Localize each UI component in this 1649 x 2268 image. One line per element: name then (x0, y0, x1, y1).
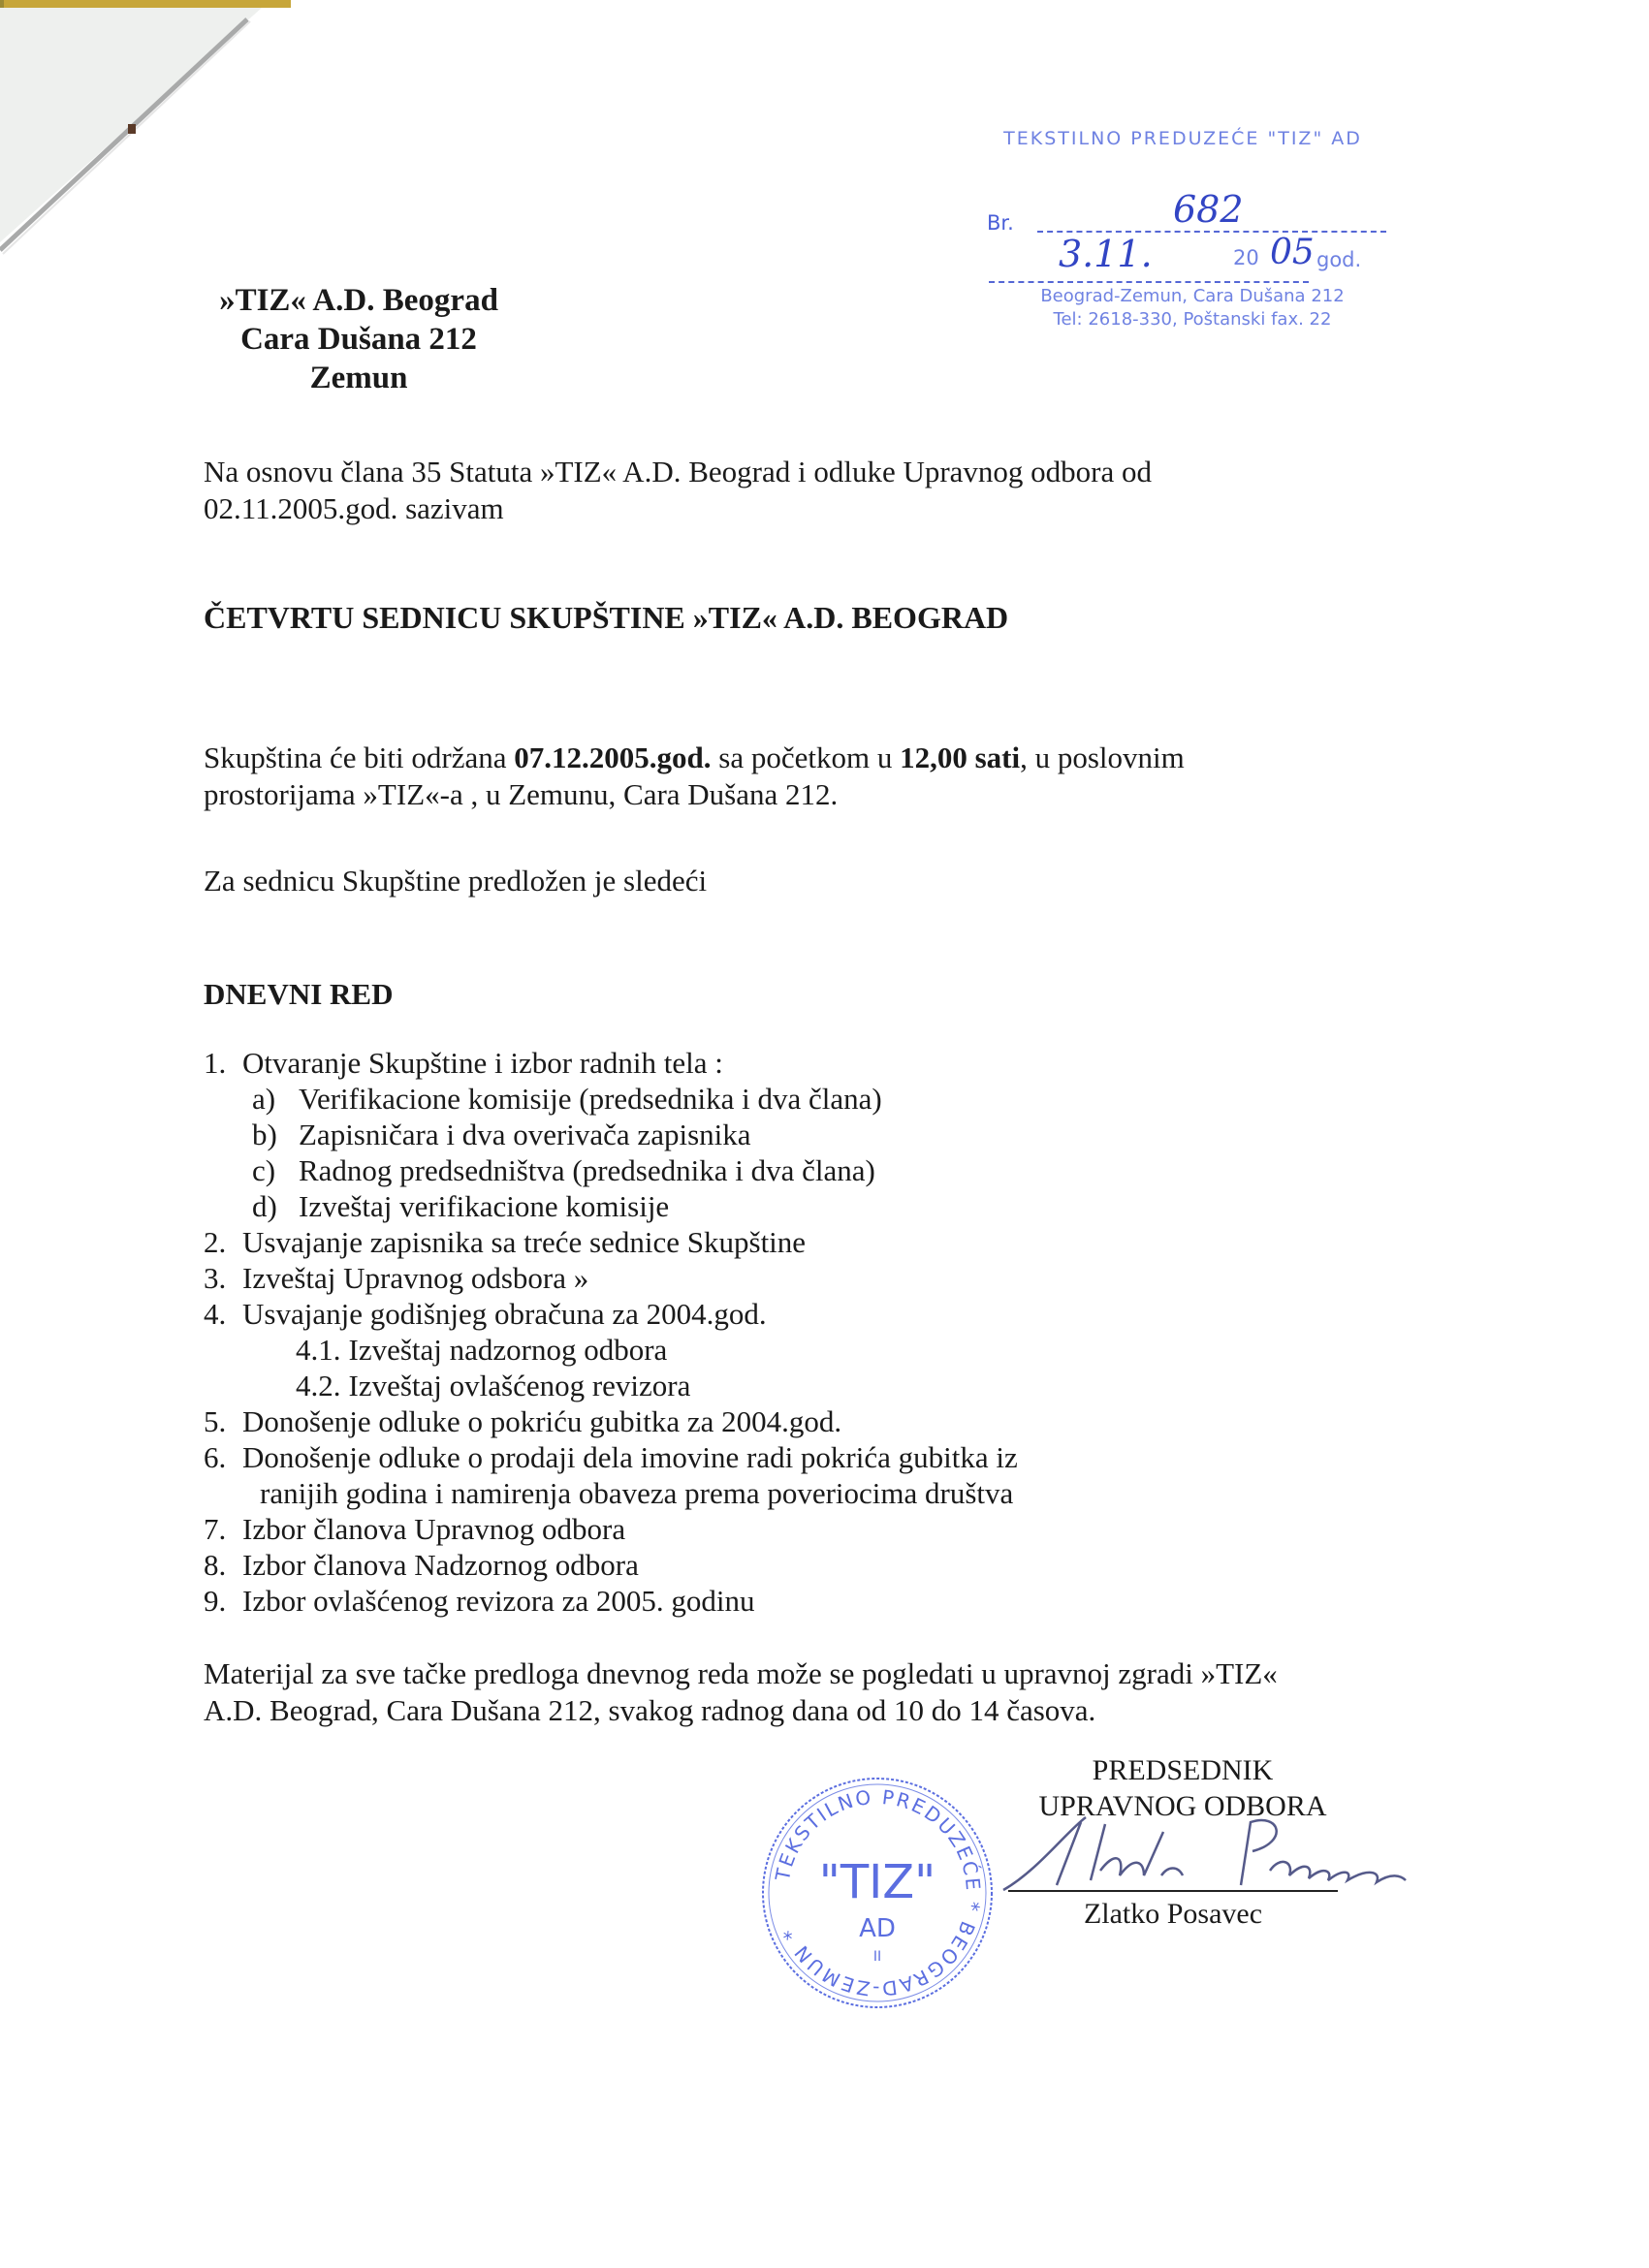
intro-line: Na osnovu člana 35 Statuta »TIZ« A.D. Be… (204, 454, 1152, 490)
handwritten-signature (999, 1812, 1415, 1900)
sender-city: Zemun (145, 359, 572, 397)
agenda-item: 4.2.Izveštaj ovlašćenog revizora (204, 1368, 1018, 1403)
agenda-item-text: Izveštaj verifikacione komisije (299, 1189, 669, 1223)
stamp-address: Beograd-Zemun, Cara Dušana 212 Tel: 2618… (999, 285, 1386, 331)
agenda-item: c)Radnog predsedništva (predsednika i dv… (204, 1152, 1018, 1188)
company-seal: TEKSTILNO PREDUZEĆE * BEOGRAD-ZEMUN * "T… (756, 1772, 999, 2014)
agenda-item-text: Zapisničara i dva overivača zapisnika (299, 1118, 751, 1151)
meeting-text: , u poslovnim (1020, 740, 1185, 774)
meeting-location: prostorijama »TIZ«-a , u Zemunu, Cara Du… (204, 776, 1185, 813)
agenda-item-number: 9. (204, 1583, 242, 1619)
folded-corner (0, 0, 291, 291)
agenda-item-text: Donošenje odluke o pokriću gubitka za 20… (242, 1404, 841, 1438)
agenda-item-text: Izbor ovlašćenog revizora za 2005. godin… (242, 1584, 755, 1618)
agenda-item-number: 4.2. (296, 1368, 341, 1403)
agenda-item-text: Verifikacione komisije (predsednika i dv… (299, 1082, 882, 1116)
registry-stamp: TEKSTILNO PREDUZEĆE "TIZ" AD Br. 682 3.1… (979, 128, 1386, 149)
agenda-item: 1.Otvaranje Skupštine i izbor radnih tel… (204, 1045, 1018, 1081)
svg-text:"TIZ": "TIZ" (819, 1855, 936, 1909)
agenda-item: 6.Donošenje odluke o prodaji dela imovin… (204, 1439, 1018, 1475)
agenda-item-text: Donošenje odluke o prodaji dela imovine … (242, 1440, 1018, 1474)
stamp-date: 3.11. (1059, 233, 1153, 275)
signer-name: Zlatko Posavec (1008, 1898, 1338, 1931)
stamp-title: TEKSTILNO PREDUZEĆE "TIZ" AD (979, 128, 1386, 149)
material-line: Materijal za sve tačke predloga dnevnog … (204, 1655, 1278, 1692)
agenda-item-number: 2. (204, 1224, 242, 1260)
agenda-item-text: Izbor članova Nadzornog odbora (242, 1548, 639, 1582)
agenda-item-number: 8. (204, 1547, 242, 1583)
stamp-god: god. (1316, 248, 1361, 271)
agenda-item: 4.Usvajanje godišnjeg obračuna za 2004.g… (204, 1296, 1018, 1332)
agenda-item-number: 4.1. (296, 1332, 341, 1368)
agenda-item-text: Izveštaj Upravnog odsbora » (242, 1261, 588, 1295)
agenda-item-text: Usvajanje zapisnika sa treće sednice Sku… (242, 1225, 806, 1259)
agenda-item-number: 6. (204, 1439, 242, 1475)
agenda-item-text: Otvaranje Skupštine i izbor radnih tela … (242, 1046, 723, 1080)
agenda-item-number: 4. (204, 1296, 242, 1332)
sender-street: Cara Dušana 212 (145, 320, 572, 359)
meeting-text: sa početkom u (712, 740, 901, 774)
agenda-item-text: ranijih godina i namirenja obaveza prema… (260, 1476, 1013, 1510)
agenda-item: a)Verifikacione komisije (predsednika i … (204, 1081, 1018, 1117)
agenda-item-number: 5. (204, 1403, 242, 1439)
agenda-item-text: Izveštaj nadzornog odbora (349, 1333, 668, 1367)
meeting-paragraph: Skupština će biti održana 07.12.2005.god… (204, 740, 1185, 813)
document-heading: ČETVRTU SEDNICU SKUPŠTINE »TIZ« A.D. BEO… (204, 599, 1008, 636)
agenda-item: 5.Donošenje odluke o pokriću gubitka za … (204, 1403, 1018, 1439)
agenda-item: 9.Izbor ovlašćenog revizora za 2005. god… (204, 1583, 1018, 1619)
agenda-item: 8.Izbor članova Nadzornog odbora (204, 1547, 1018, 1583)
agenda-item-number: d) (252, 1188, 299, 1224)
stamp-number: 682 (1173, 188, 1244, 231)
agenda-item-number: 1. (204, 1045, 242, 1081)
agenda-item: 3.Izveštaj Upravnog odsbora » (204, 1260, 1018, 1296)
agenda-item-text: Radnog predsedništva (predsednika i dva … (299, 1153, 875, 1187)
agenda-item-number: 3. (204, 1260, 242, 1296)
meeting-date: 07.12.2005.god. (514, 740, 711, 774)
agenda-item: b)Zapisničara i dva overivača zapisnika (204, 1117, 1018, 1152)
stamp-year: 05 (1270, 233, 1315, 272)
intro-line: 02.11.2005.god. sazivam (204, 490, 1152, 527)
stamp-divider (989, 281, 1309, 283)
material-paragraph: Materijal za sve tačke predloga dnevnog … (204, 1655, 1278, 1729)
agenda-item: ranijih godina i namirenja obaveza prema… (204, 1475, 1018, 1511)
agenda-item: 2.Usvajanje zapisnika sa treće sednice S… (204, 1224, 1018, 1260)
agenda-list: 1.Otvaranje Skupštine i izbor radnih tel… (204, 1045, 1018, 1619)
meeting-line: Skupština će biti održana 07.12.2005.god… (204, 740, 1185, 776)
agenda-item-number: c) (252, 1152, 299, 1188)
stamp-address-line: Beograd-Zemun, Cara Dušana 212 (999, 285, 1386, 308)
agenda-item-text: Usvajanje godišnjeg obračuna za 2004.god… (242, 1297, 767, 1331)
agenda-item: d)Izveštaj verifikacione komisije (204, 1188, 1018, 1224)
role-line: PREDSEDNIK (1008, 1752, 1357, 1788)
stamp-year-prefix: 20 (1233, 246, 1259, 269)
agenda-item-text: Izbor članova Upravnog odbora (242, 1512, 625, 1546)
meeting-text: Skupština će biti održana (204, 740, 514, 774)
proposed-text: Za sednicu Skupštine predložen je sledeć… (204, 863, 707, 899)
agenda-item-text: Izveštaj ovlašćenog revizora (349, 1369, 691, 1402)
signature-line (1008, 1890, 1338, 1892)
agenda-item-number: 7. (204, 1511, 242, 1547)
intro-paragraph: Na osnovu člana 35 Statuta »TIZ« A.D. Be… (204, 454, 1152, 527)
svg-text:II: II (873, 1949, 881, 1965)
agenda-item: 7.Izbor članova Upravnog odbora (204, 1511, 1018, 1547)
agenda-title: DNEVNI RED (204, 976, 394, 1013)
agenda-item-number: b) (252, 1117, 299, 1152)
stamp-phone-line: Tel: 2618-330, Poštanski fax. 22 (999, 308, 1386, 331)
svg-text:AD: AD (859, 1914, 896, 1943)
sender-address: »TIZ« A.D. Beograd Cara Dušana 212 Zemun (145, 281, 572, 397)
meeting-time: 12,00 sati (900, 740, 1020, 774)
sender-company: »TIZ« A.D. Beograd (145, 281, 572, 320)
agenda-item: 4.1.Izveštaj nadzornog odbora (204, 1332, 1018, 1368)
stamp-number-label: Br. (987, 211, 1014, 235)
material-line: A.D. Beograd, Cara Dušana 212, svakog ra… (204, 1692, 1278, 1729)
agenda-item-number: a) (252, 1081, 299, 1117)
